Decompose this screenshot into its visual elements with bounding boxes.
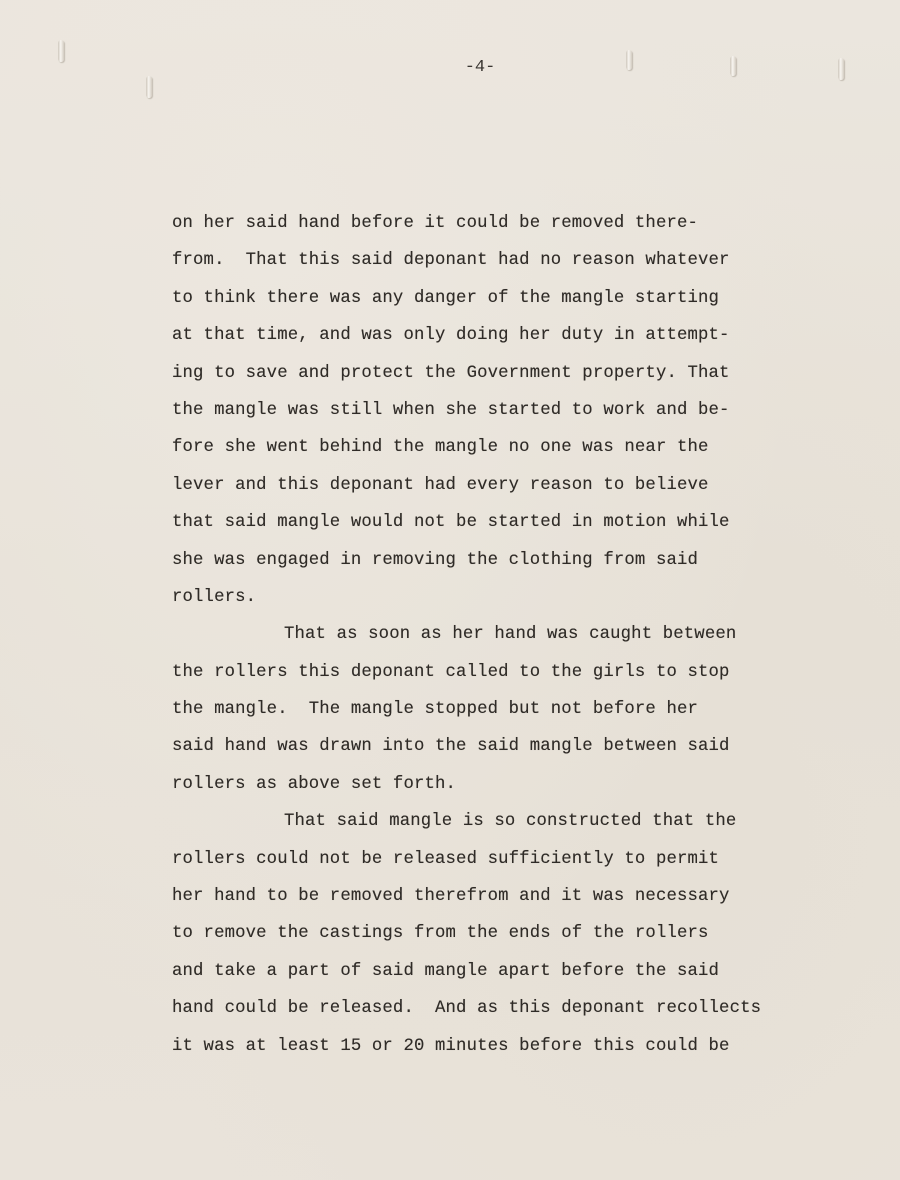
document-page: -4- on her said hand before it could be …: [0, 0, 900, 1180]
page-number: -4-: [0, 58, 900, 77]
text-line: to remove the castings from the ends of …: [172, 915, 872, 952]
text-line: and take a part of said mangle apart bef…: [172, 953, 872, 990]
paragraph: That as soon as her hand was caught betw…: [172, 616, 872, 803]
document-body: on her said hand before it could be remo…: [172, 205, 872, 1065]
text-line: from. That this said deponant had no rea…: [172, 242, 872, 279]
text-line: That said mangle is so constructed that …: [172, 803, 872, 840]
text-line: rollers could not be released sufficient…: [172, 841, 872, 878]
text-line: she was engaged in removing the clothing…: [172, 542, 872, 579]
text-line: to think there was any danger of the man…: [172, 280, 872, 317]
paragraph: on her said hand before it could be remo…: [172, 205, 872, 616]
staple-hole-mark: [146, 76, 152, 98]
text-line: the rollers this deponant called to the …: [172, 654, 872, 691]
text-line: said hand was drawn into the said mangle…: [172, 728, 872, 765]
text-line: it was at least 15 or 20 minutes before …: [172, 1028, 872, 1065]
text-line: fore she went behind the mangle no one w…: [172, 429, 872, 466]
text-line: ing to save and protect the Government p…: [172, 355, 872, 392]
text-line: rollers.: [172, 579, 872, 616]
text-line: rollers as above set forth.: [172, 766, 872, 803]
text-line: on her said hand before it could be remo…: [172, 205, 872, 242]
text-line: that said mangle would not be started in…: [172, 504, 872, 541]
text-line: her hand to be removed therefrom and it …: [172, 878, 872, 915]
paragraph: That said mangle is so constructed that …: [172, 803, 872, 1065]
text-line: hand could be released. And as this depo…: [172, 990, 872, 1027]
text-line: at that time, and was only doing her dut…: [172, 317, 872, 354]
text-line: That as soon as her hand was caught betw…: [172, 616, 872, 653]
text-line: the mangle was still when she started to…: [172, 392, 872, 429]
text-line: lever and this deponant had every reason…: [172, 467, 872, 504]
text-line: the mangle. The mangle stopped but not b…: [172, 691, 872, 728]
